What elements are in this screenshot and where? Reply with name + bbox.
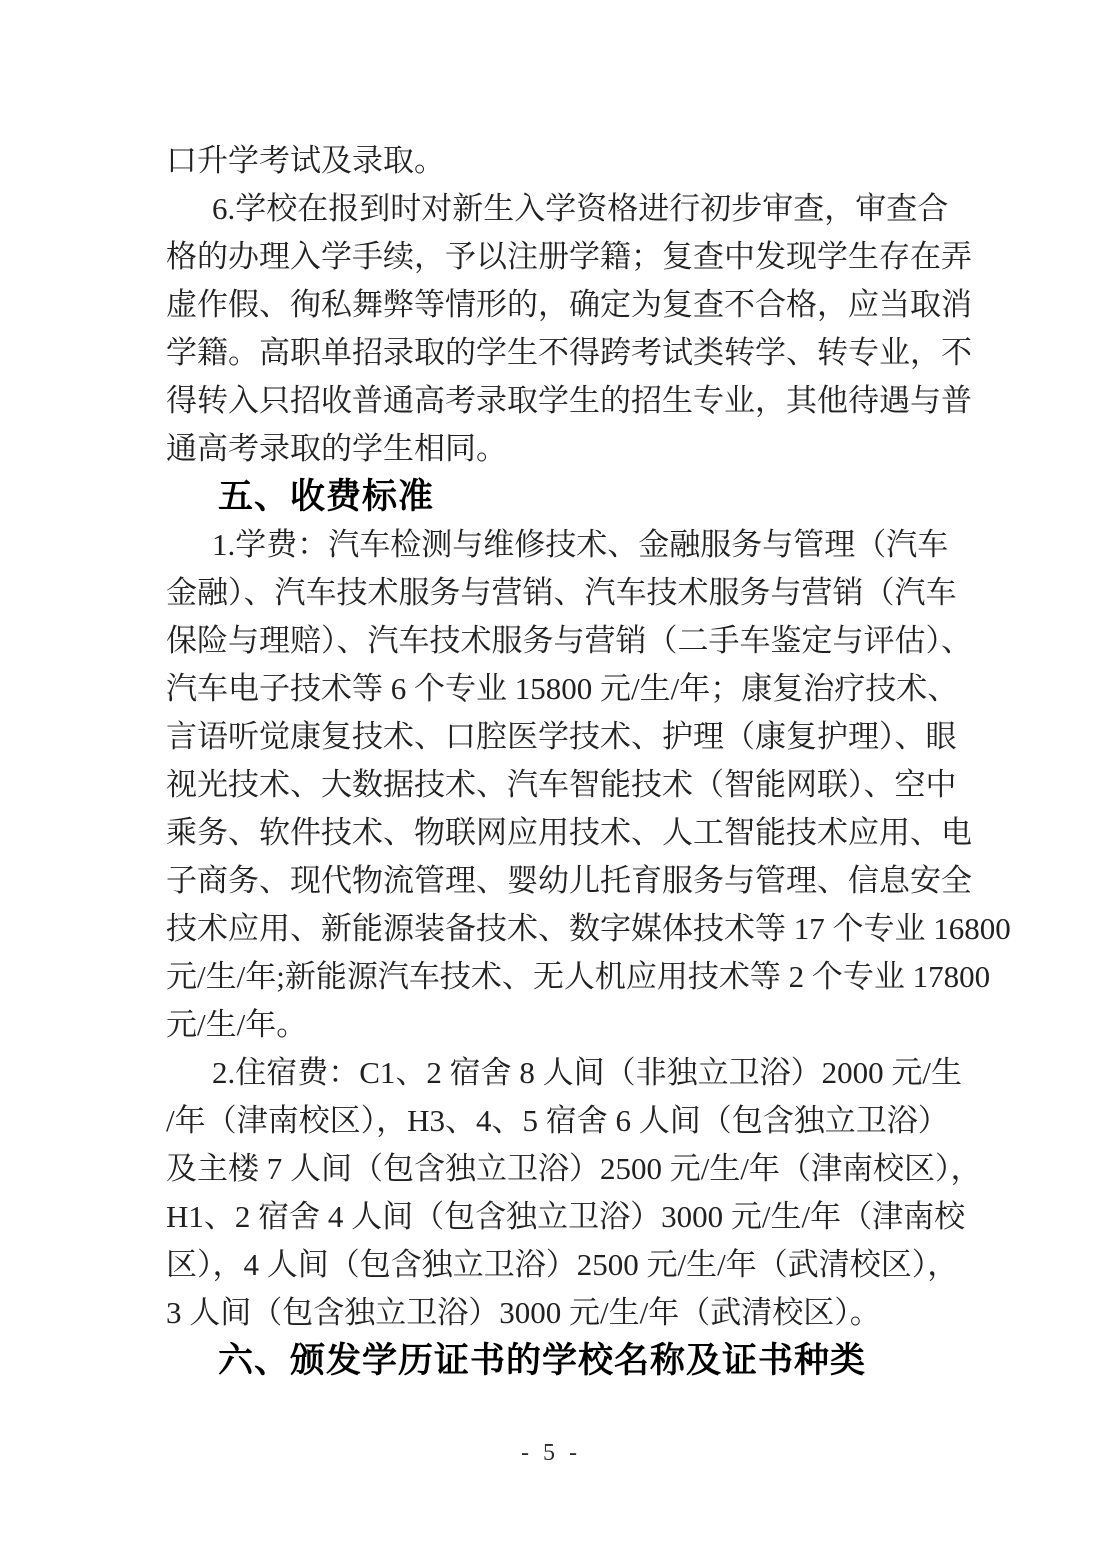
heading-section-6-certificates: 六、颁发学历证书的学校名称及证书种类 bbox=[166, 1337, 930, 1385]
document-content: 口升学考试及录取。6.学校在报到时对新生入学资格进行初步审查，审查合格的办理入学… bbox=[166, 137, 930, 1385]
para-6-admission-review: 6.学校在报到时对新生入学资格进行初步审查，审查合格的办理入学手续，予以注册学籍… bbox=[166, 185, 930, 473]
body-text-line: /年（津南校区），H3、4、5 宿舍 6 人间（包含独立卫浴） bbox=[166, 1097, 930, 1145]
page-number: - 5 - bbox=[0, 1440, 1102, 1467]
document-page: 口升学考试及录取。6.学校在报到时对新生入学资格进行初步审查，审查合格的办理入学… bbox=[0, 0, 1102, 1559]
heading-section-5-fees: 五、收费标准 bbox=[166, 473, 930, 521]
body-text-line: 元/生/年;新能源汽车技术、无人机应用技术等 2 个专业 17800 bbox=[166, 953, 930, 1001]
body-text-line: 金融）、汽车技术服务与营销、汽车技术服务与营销（汽车 bbox=[166, 569, 930, 617]
para-1-tuition-fees: 1.学费：汽车检测与维修技术、金融服务与管理（汽车金融）、汽车技术服务与营销、汽… bbox=[166, 521, 930, 1049]
body-text-line: 言语听觉康复技术、口腔医学技术、护理（康复护理）、眼 bbox=[166, 713, 930, 761]
heading-line: 五、收费标准 bbox=[166, 473, 930, 521]
body-text-line: 口升学考试及录取。 bbox=[166, 137, 930, 185]
body-text-line: 区），4 人间（包含独立卫浴）2500 元/生/年（武清校区）， bbox=[166, 1241, 930, 1289]
body-text-line: 保险与理赔）、汽车技术服务与营销（二手车鉴定与评估）、 bbox=[166, 617, 930, 665]
body-text-line: H1、2 宿舍 4 人间（包含独立卫浴）3000 元/生/年（津南校 bbox=[166, 1193, 930, 1241]
body-text-line: 通高考录取的学生相同。 bbox=[166, 425, 930, 473]
body-text-line: 元/生/年。 bbox=[166, 1001, 930, 1049]
body-text-line: 汽车电子技术等 6 个专业 15800 元/生/年；康复治疗技术、 bbox=[166, 665, 930, 713]
body-text-line: 乘务、软件技术、物联网应用技术、人工智能技术应用、电 bbox=[166, 809, 930, 857]
body-text-line: 及主楼 7 人间（包含独立卫浴）2500 元/生/年（津南校区）， bbox=[166, 1145, 930, 1193]
body-text-line: 格的办理入学手续，予以注册学籍；复查中发现学生存在弄 bbox=[166, 233, 930, 281]
body-text-line: 虚作假、徇私舞弊等情形的，确定为复查不合格，应当取消 bbox=[166, 281, 930, 329]
body-text-line: 2.住宿费：C1、2 宿舍 8 人间（非独立卫浴）2000 元/生 bbox=[166, 1049, 930, 1097]
body-text-line: 6.学校在报到时对新生入学资格进行初步审查，审查合 bbox=[166, 185, 930, 233]
body-text-line: 1.学费：汽车检测与维修技术、金融服务与管理（汽车 bbox=[166, 521, 930, 569]
para-2-accommodation-fees: 2.住宿费：C1、2 宿舍 8 人间（非独立卫浴）2000 元/生/年（津南校区… bbox=[166, 1049, 930, 1337]
heading-line: 六、颁发学历证书的学校名称及证书种类 bbox=[166, 1337, 930, 1385]
body-text-line: 得转入只招收普通高考录取学生的招生专业，其他待遇与普 bbox=[166, 377, 930, 425]
body-text-line: 子商务、现代物流管理、婴幼儿托育服务与管理、信息安全 bbox=[166, 857, 930, 905]
body-text-line: 学籍。高职单招录取的学生不得跨考试类转学、转专业，不 bbox=[166, 329, 930, 377]
para-previous-page-continuation: 口升学考试及录取。 bbox=[166, 137, 930, 185]
body-text-line: 技术应用、新能源装备技术、数字媒体技术等 17 个专业 16800 bbox=[166, 905, 930, 953]
body-text-line: 视光技术、大数据技术、汽车智能技术（智能网联）、空中 bbox=[166, 761, 930, 809]
body-text-line: 3 人间（包含独立卫浴）3000 元/生/年（武清校区）。 bbox=[166, 1289, 930, 1337]
